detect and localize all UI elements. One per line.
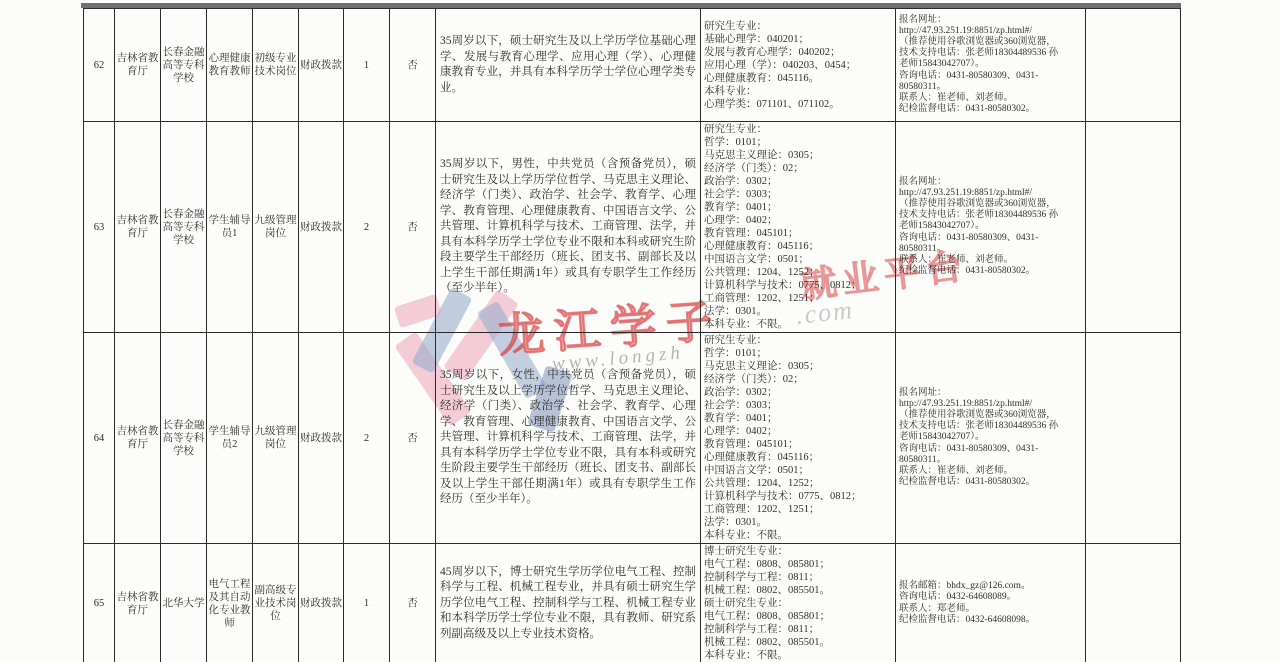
cell-dept: 吉林省教育厅 <box>115 544 161 662</box>
cell-line: 教育管理：045101； <box>704 227 892 240</box>
cell-line: 80580311。 <box>899 244 1082 255</box>
cell-contact: 报名网址：http://47.93.251.19:8851/zp.html#/（… <box>896 333 1086 544</box>
cell-line: （推荐使用谷歌浏览器或360浏览器， <box>899 199 1082 210</box>
cell-no: 64 <box>84 333 115 544</box>
cell-line: http://47.93.251.19:8851/zp.html#/ <box>899 26 1082 37</box>
cell-majors: 博士研究生专业：电气工程：0808、085801；控制科学与工程：0811；机械… <box>701 544 896 662</box>
cell-line: 心理学类：071101、071102。 <box>704 98 892 111</box>
cell-line: 心理学：0402； <box>704 425 892 438</box>
cell-line: 马克思主义理论：0305； <box>704 360 892 373</box>
cell-line: 工商管理：1202、1251； <box>704 292 892 305</box>
cell-line: 心理健康教育：045116； <box>704 451 892 464</box>
cell-count: 1 <box>344 544 390 662</box>
table-row: 63吉林省教育厅长春金融高等专科学校学生辅导员1九级管理岗位财政拨款2否35周岁… <box>84 122 1181 333</box>
cell-line: 哲学：0101； <box>704 136 892 149</box>
cell-category: 九级管理岗位 <box>253 333 299 544</box>
cell-position: 电气工程及其自动化专业教师 <box>207 544 253 662</box>
job-table-body: 62吉林省教育厅长春金融高等专科学校心理健康教育教师初级专业技术岗位财政拨款1否… <box>84 9 1181 662</box>
cell-line: 研究生专业： <box>704 334 892 347</box>
cell-line: 研究生专业： <box>704 20 892 33</box>
table-top-border <box>81 3 1181 8</box>
cell-line: 本科专业： <box>704 85 892 98</box>
cell-line: 计算机科学与技术：0775、0812； <box>704 279 892 292</box>
cell-line: 80580311。 <box>899 455 1082 466</box>
cell-line: 技术支持电话：张老师18304489536 孙 <box>899 210 1082 221</box>
cell-line: 80580311。 <box>899 82 1082 93</box>
cell-line: 政治学：0302； <box>704 386 892 399</box>
cell-line: 经济学（门类）：02； <box>704 373 892 386</box>
cell-line: 控制科学与工程：0811； <box>704 623 892 636</box>
table-row: 64吉林省教育厅长春金融高等专科学校学生辅导员2九级管理岗位财政拨款2否35周岁… <box>84 333 1181 544</box>
cell-requirements: 35周岁以下，硕士研究生及以上学历学位基础心理学、发展与教育心理学、应用心理（学… <box>436 9 701 122</box>
cell-contact: 报名网址：http://47.93.251.19:8851/zp.html#/（… <box>896 122 1086 333</box>
cell-line: 纪检监督电话：0431-80580302。 <box>899 477 1082 488</box>
cell-line: 本科专业：不限。 <box>704 318 892 331</box>
cell-line: （推荐使用谷歌浏览器或360浏览器， <box>899 37 1082 48</box>
cell-line: 社会学：0303； <box>704 399 892 412</box>
cell-line: 报名网址： <box>899 388 1082 399</box>
cell-line: 报名邮箱：bhdx_gz@126.com。 <box>899 581 1082 592</box>
cell-line: 计算机科学与技术：0775、0812； <box>704 490 892 503</box>
cell-line: 心理学：0402； <box>704 214 892 227</box>
cell-line: 纪检监督电话：0432-64608098。 <box>899 615 1082 626</box>
cell-contact: 报名邮箱：bhdx_gz@126.com。咨询电话：0432-64608089。… <box>896 544 1086 662</box>
cell-line: 联系人：崔老师、刘老师。 <box>899 93 1082 104</box>
cell-line: 公共管理：1204、1252； <box>704 477 892 490</box>
cell-line: 电气工程：0808、085801； <box>704 558 892 571</box>
cell-no: 63 <box>84 122 115 333</box>
cell-line: 联系人：郑老师。 <box>899 604 1082 615</box>
cell-no: 62 <box>84 9 115 122</box>
cell-position: 心理健康教育教师 <box>207 9 253 122</box>
cell-line: 机械工程：0802、085501。 <box>704 636 892 649</box>
cell-line: 法学：0301。 <box>704 305 892 318</box>
cell-position: 学生辅导员1 <box>207 122 253 333</box>
cell-line: 马克思主义理论：0305； <box>704 149 892 162</box>
cell-no: 65 <box>84 544 115 662</box>
cell-line: 中国语言文学：0501； <box>704 253 892 266</box>
cell-line: 报名网址： <box>899 15 1082 26</box>
cell-count: 2 <box>344 122 390 333</box>
cell-funding: 财政拨款 <box>299 9 344 122</box>
cell-dept: 吉林省教育厅 <box>115 9 161 122</box>
job-table: 62吉林省教育厅长春金融高等专科学校心理健康教育教师初级专业技术岗位财政拨款1否… <box>83 8 1181 662</box>
cell-line: 博士研究生专业： <box>704 545 892 558</box>
cell-line: 教育学：0401； <box>704 412 892 425</box>
cell-line: 政治学：0302； <box>704 175 892 188</box>
cell-majors: 研究生专业：哲学：0101；马克思主义理论：0305；经济学（门类）：02；政治… <box>701 122 896 333</box>
cell-note <box>1086 544 1181 662</box>
cell-line: 哲学：0101； <box>704 347 892 360</box>
cell-line: 社会学：0303； <box>704 188 892 201</box>
cell-funding: 财政拨款 <box>299 544 344 662</box>
table-row: 62吉林省教育厅长春金融高等专科学校心理健康教育教师初级专业技术岗位财政拨款1否… <box>84 9 1181 122</box>
cell-line: 控制科学与工程：0811； <box>704 571 892 584</box>
cell-interview: 否 <box>390 544 436 662</box>
cell-dept: 吉林省教育厅 <box>115 333 161 544</box>
cell-unit: 长春金融高等专科学校 <box>161 9 207 122</box>
cell-line: 咨询电话：0431-80580309、0431- <box>899 444 1082 455</box>
cell-line: 联系人：崔老师、刘老师。 <box>899 466 1082 477</box>
cell-line: 机械工程：0802、085501。 <box>704 584 892 597</box>
cell-line: http://47.93.251.19:8851/zp.html#/ <box>899 188 1082 199</box>
cell-line: 联系人：崔老师、刘老师。 <box>899 255 1082 266</box>
cell-line: 公共管理：1204、1252； <box>704 266 892 279</box>
cell-count: 2 <box>344 333 390 544</box>
cell-line: 纪检监督电话：0431-80580302。 <box>899 104 1082 115</box>
cell-line: 工商管理：1202、1251； <box>704 503 892 516</box>
cell-category: 九级管理岗位 <box>253 122 299 333</box>
cell-unit: 长春金融高等专科学校 <box>161 333 207 544</box>
cell-line: 技术支持电话：张老师18304489536 孙 <box>899 421 1082 432</box>
table-row: 65吉林省教育厅北华大学电气工程及其自动化专业教师副高级专业技术岗位财政拨款1否… <box>84 544 1181 662</box>
cell-line: （推荐使用谷歌浏览器或360浏览器， <box>899 410 1082 421</box>
cell-line: 纪检监督电话：0431-80580302。 <box>899 266 1082 277</box>
cell-contact: 报名网址：http://47.93.251.19:8851/zp.html#/（… <box>896 9 1086 122</box>
cell-note <box>1086 9 1181 122</box>
cell-category: 副高级专业技术岗位 <box>253 544 299 662</box>
cell-line: 法学：0301。 <box>704 516 892 529</box>
cell-line: 心理健康教育：045116。 <box>704 72 892 85</box>
cell-requirements: 45周岁以下，博士研究生学历学位电气工程、控制科学与工程、机械工程专业，并具有硕… <box>436 544 701 662</box>
cell-line: 本科专业：不限。 <box>704 529 892 542</box>
cell-line: 基础心理学：040201； <box>704 33 892 46</box>
cell-interview: 否 <box>390 122 436 333</box>
cell-line: 应用心理（学）：040203、0454； <box>704 59 892 72</box>
cell-funding: 财政拨款 <box>299 122 344 333</box>
cell-line: 经济学（门类）：02； <box>704 162 892 175</box>
cell-line: 电气工程：0808、085801； <box>704 610 892 623</box>
cell-line: 教育学：0401； <box>704 201 892 214</box>
cell-dept: 吉林省教育厅 <box>115 122 161 333</box>
cell-line: 咨询电话：0431-80580309、0431- <box>899 71 1082 82</box>
cell-line: 中国语言文学：0501； <box>704 464 892 477</box>
cell-note <box>1086 333 1181 544</box>
cell-category: 初级专业技术岗位 <box>253 9 299 122</box>
cell-line: 咨询电话：0431-80580309、0431- <box>899 233 1082 244</box>
cell-note <box>1086 122 1181 333</box>
cell-line: http://47.93.251.19:8851/zp.html#/ <box>899 399 1082 410</box>
scanned-job-table-page: 龙江学子 就业平台 www.longzh .com 62吉林省教育厅长春金融高等… <box>0 0 1280 662</box>
cell-unit: 长春金融高等专科学校 <box>161 122 207 333</box>
cell-count: 1 <box>344 9 390 122</box>
cell-requirements: 35周岁以下，男性，中共党员（含预备党员），硕士研究生及以上学历学位哲学、马克思… <box>436 122 701 333</box>
cell-majors: 研究生专业：哲学：0101；马克思主义理论：0305；经济学（门类）：02；政治… <box>701 333 896 544</box>
cell-line: 老师15843042707）。 <box>899 221 1082 232</box>
cell-interview: 否 <box>390 9 436 122</box>
cell-line: 本科专业：不限。 <box>704 649 892 662</box>
cell-interview: 否 <box>390 333 436 544</box>
cell-funding: 财政拨款 <box>299 333 344 544</box>
cell-line: 老师15843042707）。 <box>899 59 1082 70</box>
cell-line: 研究生专业： <box>704 123 892 136</box>
cell-position: 学生辅导员2 <box>207 333 253 544</box>
cell-line: 报名网址： <box>899 177 1082 188</box>
cell-line: 硕士研究生专业： <box>704 597 892 610</box>
cell-line: 老师15843042707）。 <box>899 432 1082 443</box>
cell-line: 咨询电话：0432-64608089。 <box>899 592 1082 603</box>
cell-requirements: 35周岁以下，女性，中共党员（含预备党员），硕士研究生及以上学历学位哲学、马克思… <box>436 333 701 544</box>
cell-majors: 研究生专业：基础心理学：040201；发展与教育心理学：040202；应用心理（… <box>701 9 896 122</box>
cell-line: 发展与教育心理学：040202； <box>704 46 892 59</box>
cell-line: 心理健康教育：045116； <box>704 240 892 253</box>
cell-unit: 北华大学 <box>161 544 207 662</box>
cell-line: 技术支持电话：张老师18304489536 孙 <box>899 48 1082 59</box>
cell-line: 教育管理：045101； <box>704 438 892 451</box>
